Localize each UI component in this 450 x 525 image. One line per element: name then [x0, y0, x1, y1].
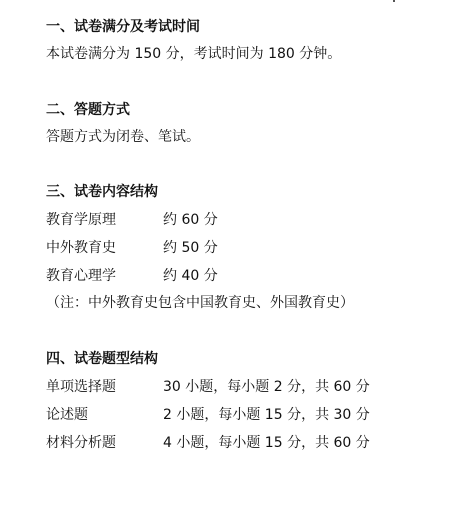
question-type-row: 论述题2 小题，每小题 15 分，共 30 分 — [46, 406, 370, 424]
row-label: 教育学原理 — [46, 211, 163, 229]
content-row: 教育学原理约 60 分 — [46, 211, 218, 229]
content-row: 教育心理学约 40 分 — [46, 267, 218, 285]
row-value: 30 小题，每小题 2 分，共 60 分 — [163, 378, 370, 396]
section-2-heading: 二、答题方式 — [46, 101, 130, 119]
row-value: 约 40 分 — [163, 267, 218, 285]
row-label: 教育心理学 — [46, 267, 163, 285]
section-1-body: 本试卷满分为 150 分，考试时间为 180 分钟。 — [46, 45, 341, 63]
content-row: 中外教育史约 50 分 — [46, 239, 218, 257]
row-value: 约 60 分 — [163, 211, 218, 229]
question-type-row: 材料分析题4 小题，每小题 15 分，共 60 分 — [46, 434, 370, 452]
row-value: 约 50 分 — [163, 239, 218, 257]
row-label: 中外教育史 — [46, 239, 163, 257]
row-label: 单项选择题 — [46, 378, 163, 396]
section-2-body: 答题方式为闭卷、笔试。 — [46, 128, 200, 146]
row-label: 材料分析题 — [46, 434, 163, 452]
section-3-heading: 三、试卷内容结构 — [46, 183, 158, 201]
section-3-note: （注：中外教育史包含中国教育史、外国教育史） — [46, 294, 354, 312]
section-4-heading: 四、试卷题型结构 — [46, 350, 158, 368]
row-value: 4 小题，每小题 15 分，共 60 分 — [163, 434, 370, 452]
section-1-heading: 一、试卷满分及考试时间 — [46, 18, 200, 36]
question-type-row: 单项选择题30 小题，每小题 2 分，共 60 分 — [46, 378, 370, 396]
row-label: 论述题 — [46, 406, 163, 424]
row-value: 2 小题，每小题 15 分，共 30 分 — [163, 406, 370, 424]
corner-mark — [393, 0, 395, 2]
